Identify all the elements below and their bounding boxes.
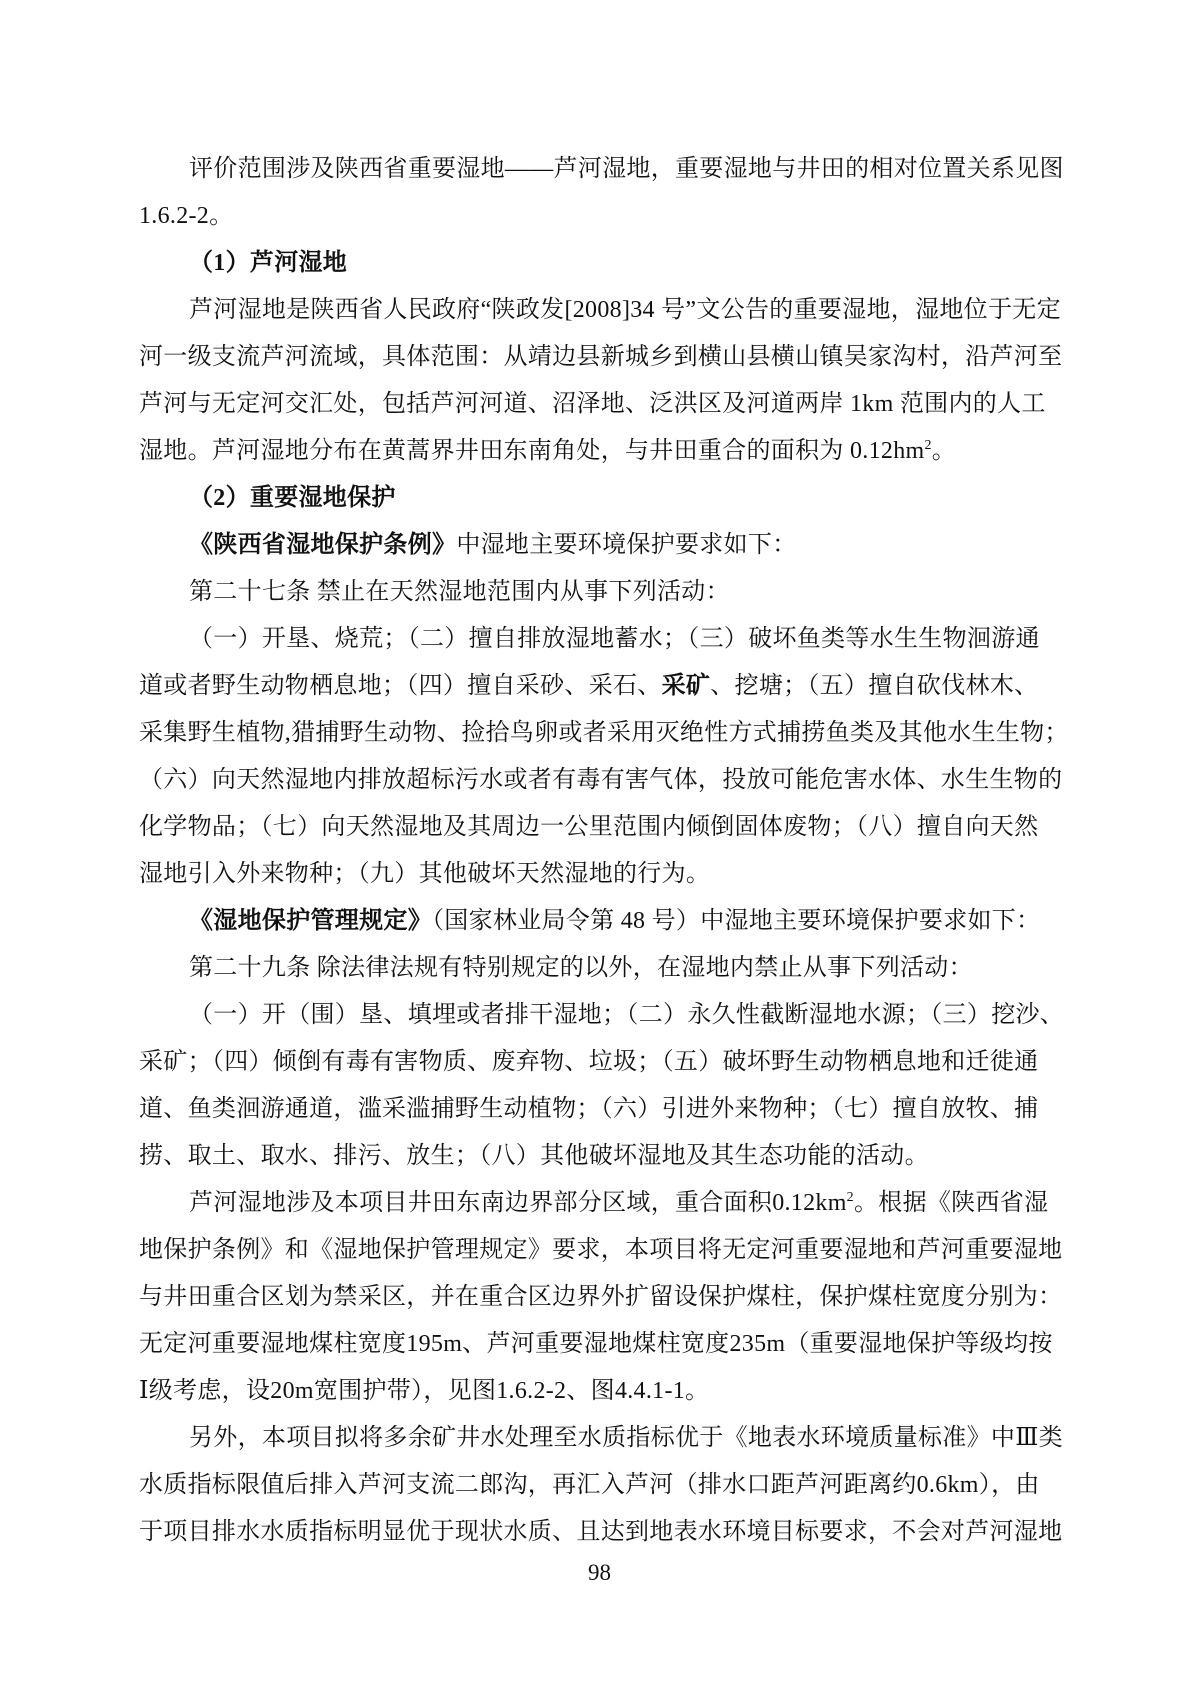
text-segment: 芦河湿地涉及本项目井田东南边界部分区域，重合面积0.12km — [189, 1190, 847, 1216]
text-line: 地保护条例》和《湿地保护管理规定》要求，本项目将无定河重要湿地和芦河重要湿地 — [139, 1227, 1069, 1274]
text-line: Ⅰ级考虑，设20m宽围护带），见图1.6.2-2、图4.4.1-1。 — [139, 1368, 1069, 1415]
text-line: 《陕西省湿地保护条例》中湿地主要环境保护要求如下： — [139, 522, 1069, 569]
text-segment: 。根据《陕西省湿 — [854, 1190, 1048, 1216]
text-line: 评价范围涉及陕西省重要湿地——芦河湿地，重要湿地与井田的相对位置关系见图 — [139, 146, 1069, 193]
text-segment: （国家林业局令第 48 号）中湿地主要环境保护要求如下： — [432, 908, 1040, 934]
text-segment: 。 — [932, 438, 956, 464]
bold-text-segment: 《陕西省湿地保护条例》 — [189, 532, 456, 558]
text-line: 与井田重合区划为禁采区，并在重合区边界外扩留设保护煤柱，保护煤柱宽度分别为： — [139, 1274, 1069, 1321]
text-segment: 第二十七条 禁止在天然湿地范围内从事下列活动： — [189, 579, 730, 605]
text-segment: 1.6.2-2。 — [139, 203, 233, 229]
text-segment: 地保护条例》和《湿地保护管理规定》要求，本项目将无定河重要湿地和芦河重要湿地 — [139, 1237, 1062, 1263]
text-segment: （六）向天然湿地内排放超标污水或者有毒有害气体，投放可能危害水体、水生生物的 — [139, 767, 1062, 793]
text-line: （六）向天然湿地内排放超标污水或者有毒有害气体，投放可能危害水体、水生生物的 — [139, 757, 1069, 804]
text-line: 于项目排水水质指标明显优于现状水质、且达到地表水环境目标要求，不会对芦河湿地 — [139, 1509, 1069, 1556]
text-segment: （一）开垦、烧荒；（二）擅自排放湿地蓄水；（三）破坏鱼类等水生生物洄游通 — [189, 626, 1040, 652]
text-line: 捞、取土、取水、排污、放生；（八）其他破坏湿地及其生态功能的活动。 — [139, 1133, 1069, 1180]
text-segment: 水质指标限值后排入芦河支流二郎沟，再汇入芦河（排水口距芦河距离约0.6km），由 — [139, 1472, 1040, 1498]
text-segment: 道或者野生动物栖息地；（四）擅自采砂、采石、 — [139, 673, 662, 699]
text-segment: 道、鱼类洄游通道，滥采滥捕野生动植物；（六）引进外来物种；（七）擅自放牧、捕 — [139, 1096, 1038, 1122]
text-segment: 中湿地主要环境保护要求如下： — [456, 532, 796, 558]
bold-text-segment: 《湿地保护管理规定》 — [189, 908, 432, 934]
text-line: 另外，本项目拟将多余矿井水处理至水质指标优于《地表水环境质量标准》中Ⅲ类 — [139, 1415, 1069, 1462]
document-body: 评价范围涉及陕西省重要湿地——芦河湿地，重要湿地与井田的相对位置关系见图1.6.… — [139, 146, 1069, 1556]
text-line: 《湿地保护管理规定》（国家林业局令第 48 号）中湿地主要环境保护要求如下： — [139, 898, 1069, 945]
text-line: 湿地。芦河湿地分布在黄蒿界井田东南角处，与井田重合的面积为 0.12hm2。 — [139, 428, 1069, 475]
text-segment: 河一级支流芦河流域，具体范围：从靖边县新城乡到横山县横山镇吴家沟村，沿芦河至 — [139, 344, 1062, 370]
text-line: 无定河重要湿地煤柱宽度195m、芦河重要湿地煤柱宽度235m（重要湿地保护等级均… — [139, 1321, 1069, 1368]
text-segment: 化学物品；（七）向天然湿地及其周边一公里范围内倾倒固体废物；（八）擅自向天然 — [139, 814, 1038, 840]
text-segment: （一）开（围）垦、填埋或者排干湿地；（二）永久性截断湿地水源；（三）挖沙、 — [189, 1002, 1064, 1028]
text-line: （2）重要湿地保护 — [139, 475, 1069, 522]
text-line: 芦河湿地涉及本项目井田东南边界部分区域，重合面积0.12km2。根据《陕西省湿 — [139, 1180, 1069, 1227]
superscript-text: 2 — [847, 1190, 854, 1205]
text-segment: 芦河与无定河交汇处，包括芦河河道、沼泽地、泛洪区及河道两岸 1km 范围内的人工 — [139, 391, 1046, 417]
text-segment: 采集野生植物,猎捕野生动物、捡拾鸟卵或者采用灭绝性方式捕捞鱼类及其他水生生物； — [139, 720, 1069, 746]
text-line: 芦河与无定河交汇处，包括芦河河道、沼泽地、泛洪区及河道两岸 1km 范围内的人工 — [139, 381, 1069, 428]
text-segment: 评价范围涉及陕西省重要湿地——芦河湿地，重要湿地与井田的相对位置关系见图 — [189, 156, 1064, 182]
text-line: 1.6.2-2。 — [139, 193, 1069, 240]
text-line: 采集野生植物,猎捕野生动物、捡拾鸟卵或者采用灭绝性方式捕捞鱼类及其他水生生物； — [139, 710, 1069, 757]
text-segment: 于项目排水水质指标明显优于现状水质、且达到地表水环境目标要求，不会对芦河湿地 — [139, 1519, 1062, 1545]
text-line: 湿地引入外来物种；（九）其他破坏天然湿地的行为。 — [139, 851, 1069, 898]
text-line: 化学物品；（七）向天然湿地及其周边一公里范围内倾倒固体废物；（八）擅自向天然 — [139, 804, 1069, 851]
text-segment: 无定河重要湿地煤柱宽度195m、芦河重要湿地煤柱宽度235m（重要湿地保护等级均… — [139, 1331, 1053, 1357]
text-line: （一）开（围）垦、填埋或者排干湿地；（二）永久性截断湿地水源；（三）挖沙、 — [139, 992, 1069, 1039]
bold-text-segment: 采矿 — [662, 673, 711, 699]
text-segment: 、挖塘；（五）擅自砍伐林木、 — [710, 673, 1038, 699]
text-line: 河一级支流芦河流域，具体范围：从靖边县新城乡到横山县横山镇吴家沟村，沿芦河至 — [139, 334, 1069, 381]
text-segment: 第二十九条 除法律法规有特别规定的以外，在湿地内禁止从事下列活动： — [189, 955, 973, 981]
text-segment: 芦河湿地是陕西省人民政府“陕政发[2008]34 号”文公告的重要湿地，湿地位于… — [189, 297, 1061, 323]
bold-text-segment: （1）芦河湿地 — [189, 250, 347, 276]
bold-text-segment: （2）重要湿地保护 — [189, 485, 396, 511]
text-segment: 湿地。芦河湿地分布在黄蒿界井田东南角处，与井田重合的面积为 0.12hm — [139, 438, 924, 464]
text-line: （一）开垦、烧荒；（二）擅自排放湿地蓄水；（三）破坏鱼类等水生生物洄游通 — [139, 616, 1069, 663]
text-segment: 采矿；（四）倾倒有毒有害物质、废弃物、垃圾；（五）破坏野生动物栖息地和迁徙通 — [139, 1049, 1038, 1075]
text-segment: Ⅰ级考虑，设20m宽围护带），见图1.6.2-2、图4.4.1-1。 — [139, 1378, 709, 1404]
text-line: 水质指标限值后排入芦河支流二郎沟，再汇入芦河（排水口距芦河距离约0.6km），由 — [139, 1462, 1069, 1509]
superscript-text: 2 — [924, 438, 931, 453]
text-segment: 湿地引入外来物种；（九）其他破坏天然湿地的行为。 — [139, 861, 710, 887]
text-line: 第二十七条 禁止在天然湿地范围内从事下列活动： — [139, 569, 1069, 616]
page-number: 98 — [0, 1560, 1199, 1586]
text-line: 第二十九条 除法律法规有特别规定的以外，在湿地内禁止从事下列活动： — [139, 945, 1069, 992]
text-line: 道、鱼类洄游通道，滥采滥捕野生动植物；（六）引进外来物种；（七）擅自放牧、捕 — [139, 1086, 1069, 1133]
text-line: （1）芦河湿地 — [139, 240, 1069, 287]
text-line: 芦河湿地是陕西省人民政府“陕政发[2008]34 号”文公告的重要湿地，湿地位于… — [139, 287, 1069, 334]
text-segment: 捞、取土、取水、排污、放生；（八）其他破坏湿地及其生态功能的活动。 — [139, 1143, 929, 1169]
text-line: 采矿；（四）倾倒有毒有害物质、废弃物、垃圾；（五）破坏野生动物栖息地和迁徙通 — [139, 1039, 1069, 1086]
text-segment: 与井田重合区划为禁采区，并在重合区边界外扩留设保护煤柱，保护煤柱宽度分别为： — [139, 1284, 1062, 1310]
text-segment: 另外，本项目拟将多余矿井水处理至水质指标优于《地表水环境质量标准》中Ⅲ类 — [189, 1425, 1063, 1451]
document-page: 评价范围涉及陕西省重要湿地——芦河湿地，重要湿地与井田的相对位置关系见图1.6.… — [0, 0, 1199, 1696]
text-line: 道或者野生动物栖息地；（四）擅自采砂、采石、采矿、挖塘；（五）擅自砍伐林木、 — [139, 663, 1069, 710]
